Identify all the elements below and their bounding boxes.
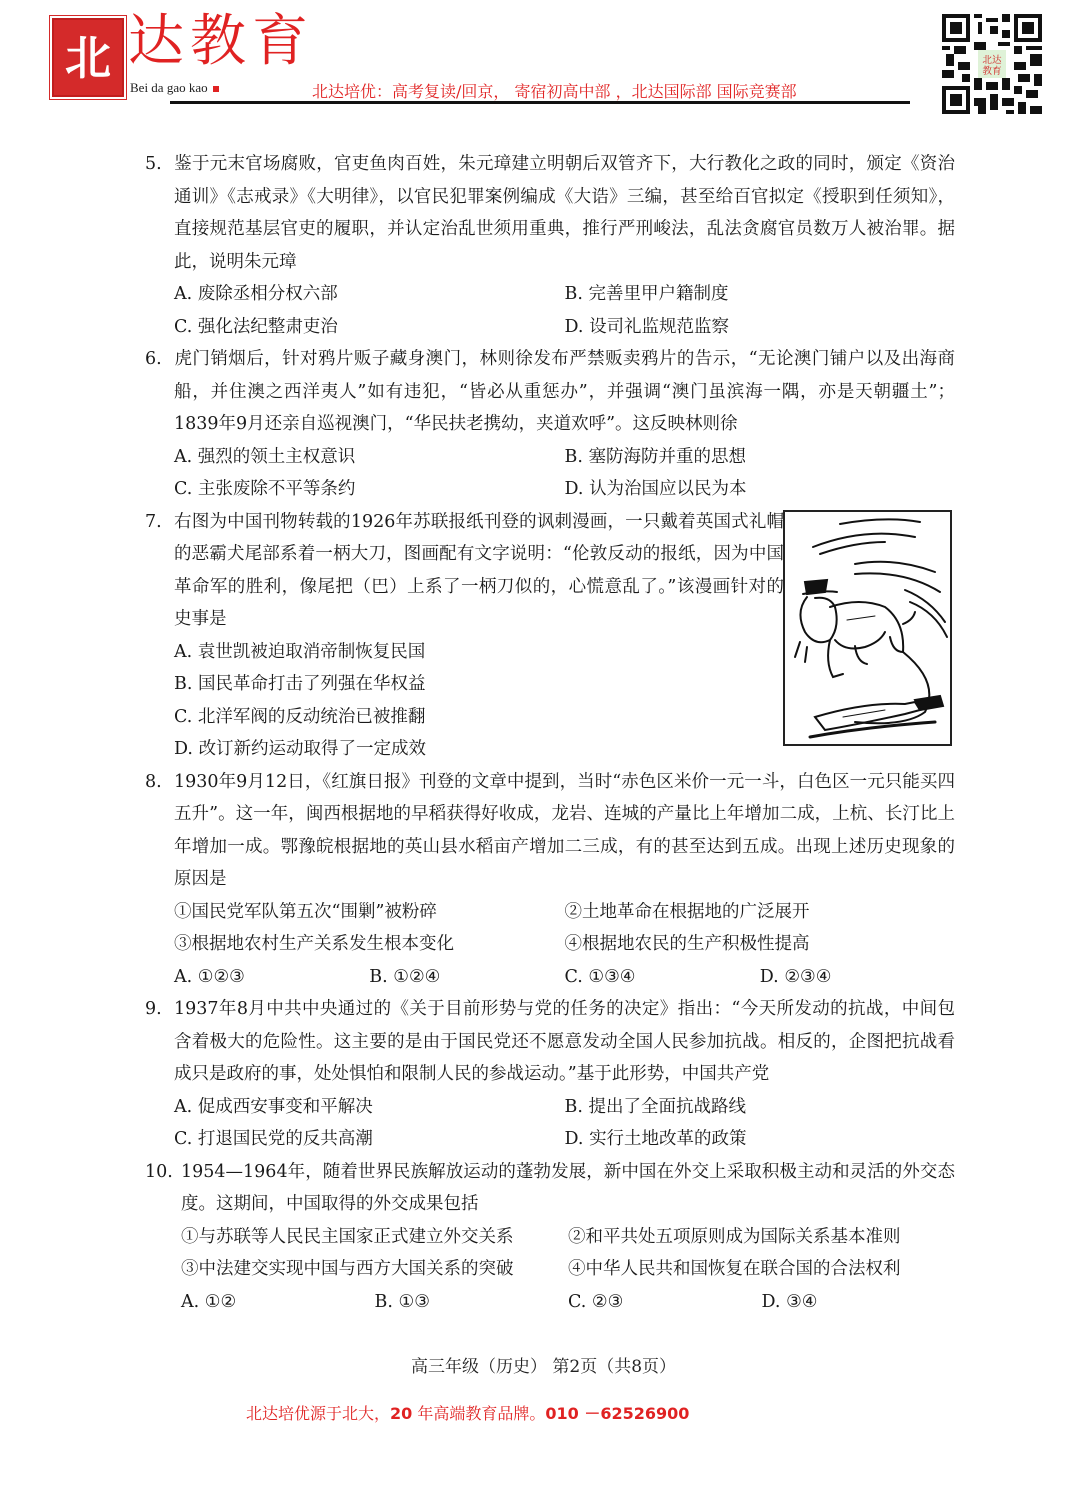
option-text: ①②④: [393, 967, 440, 987]
page-header: 北 达教育 Bei da gao kao 北达培优：高考复读/回京， 寄宿初高中…: [0, 0, 1087, 130]
question-number: 6.: [145, 343, 174, 376]
option-text: ②③④: [784, 967, 831, 987]
logo-pinyin: Bei da gao kao: [130, 80, 219, 96]
question-stem: 8.1930年9月12日，《红旗日报》刊登的文章中提到，当时“赤色区米价一元一斗…: [145, 766, 955, 896]
option-label: B.: [565, 447, 583, 467]
option-text: 强烈的领土主权意识: [198, 447, 356, 467]
page-footer-info: 高三年级（历史） 第2页（共8页）: [0, 1352, 1087, 1377]
option-label: A.: [174, 284, 192, 304]
option-text: 设司礼监规范监察: [589, 317, 729, 337]
option-d[interactable]: D. 设司礼监规范监察: [565, 311, 956, 344]
option-label: D.: [565, 1129, 584, 1149]
option-text: ①③④: [588, 967, 635, 987]
question-number: 10.: [145, 1156, 181, 1189]
option-c[interactable]: C. ②③: [568, 1286, 762, 1319]
question-text: 鉴于元末官场腐败，官吏鱼肉百姓，朱元璋建立明朝后双管齐下，大行教化之政的同时，颁…: [174, 154, 955, 272]
logo-pinyin-text: Bei da gao kao: [130, 80, 208, 95]
option-text: 完善里甲户籍制度: [589, 284, 729, 304]
question-text: 1930年9月12日，《红旗日报》刊登的文章中提到，当时“赤色区米价一元一斗，白…: [174, 772, 955, 890]
statement-4: ④中华人民共和国恢复在联合国的合法权利: [568, 1253, 955, 1286]
header-divider: [170, 101, 910, 104]
ad-phone: 010 －62526900: [545, 1404, 689, 1423]
ad-text: 年高端教育品牌。: [412, 1404, 545, 1423]
option-text: 国民革命打击了列强在华权益: [198, 674, 426, 694]
option-a[interactable]: A. 废除丞相分权六部: [174, 278, 565, 311]
option-label: A.: [174, 967, 192, 987]
statements: ①与苏联等人民民主国家正式建立外交关系 ②和平共处五项原则成为国际关系基本准则 …: [145, 1221, 955, 1319]
option-text: ①③: [399, 1292, 430, 1312]
option-b[interactable]: B. 完善里甲户籍制度: [565, 278, 956, 311]
qr-code-icon: 北达 教育: [942, 14, 1042, 114]
option-label: D.: [565, 317, 584, 337]
statement-2: ②土地革命在根据地的广泛展开: [565, 896, 956, 929]
question-stem: 10.1954—1964年，随着世界民族解放运动的蓬勃发展，新中国在外交上采取积…: [145, 1156, 955, 1221]
option-text: 提出了全面抗战路线: [589, 1097, 747, 1117]
option-label: C.: [568, 1292, 586, 1312]
option-b[interactable]: B. ①③: [375, 1286, 569, 1319]
question-stem: 5.鉴于元末官场腐败，官吏鱼肉百姓，朱元璋建立明朝后双管齐下，大行教化之政的同时…: [145, 148, 955, 278]
option-d[interactable]: D. ③④: [762, 1286, 956, 1319]
red-square-icon: [213, 86, 219, 92]
option-text: 认为治国应以民为本: [589, 479, 747, 499]
question-stem: 7.右图为中国刊物转载的1926年苏联报纸刊登的讽刺漫画，一只戴着英国式礼帽的恶…: [145, 506, 784, 636]
option-d[interactable]: D. 认为治国应以民为本: [565, 473, 956, 506]
options: A. 废除丞相分权六部 B. 完善里甲户籍制度 C. 强化法纪整肃吏治 D. 设…: [145, 278, 955, 343]
option-b[interactable]: B. 塞防海防并重的思想: [565, 441, 956, 474]
option-text: 实行土地改革的政策: [589, 1129, 747, 1149]
option-a[interactable]: A. 促成西安事变和平解决: [174, 1091, 565, 1124]
option-label: B.: [565, 284, 583, 304]
option-label: A.: [181, 1292, 199, 1312]
ad-years: 20: [390, 1404, 412, 1423]
option-b[interactable]: B. 提出了全面抗战路线: [565, 1091, 956, 1124]
option-a[interactable]: A. 强烈的领土主权意识: [174, 441, 565, 474]
question-text: 虎门销烟后，针对鸦片贩子藏身澳门，林则徐发布严禁贩卖鸦片的告示，“无论澳门铺户以…: [174, 349, 955, 434]
option-label: A.: [174, 642, 192, 662]
question-number: 9.: [145, 993, 174, 1026]
option-c[interactable]: C. 主张废除不平等条约: [174, 473, 565, 506]
option-label: C.: [174, 317, 192, 337]
option-a[interactable]: A. ①②: [181, 1286, 375, 1319]
question-stem: 9.1937年8月中共中央通过的《关于目前形势与党的任务的决定》指出：“今天所发…: [145, 993, 955, 1091]
option-text: ①②: [205, 1292, 236, 1312]
option-text: 北洋军阀的反动统治已被推翻: [198, 707, 426, 727]
option-c[interactable]: C. 强化法纪整肃吏治: [174, 311, 565, 344]
statement-1: ①与苏联等人民民主国家正式建立外交关系: [181, 1221, 568, 1254]
option-text: 强化法纪整肃吏治: [198, 317, 338, 337]
option-text: 塞防海防并重的思想: [589, 447, 747, 467]
option-label: C.: [174, 479, 192, 499]
options: A. 强烈的领土主权意识 B. 塞防海防并重的思想 C. 主张废除不平等条约 D…: [145, 441, 955, 506]
logo-mark: 北: [52, 18, 124, 97]
statements: ①国民党军队第五次“围剿”被粉碎 ②土地革命在根据地的广泛展开 ③根据地农村生产…: [145, 896, 955, 994]
statement-1: ①国民党军队第五次“围剿”被粉碎: [174, 896, 565, 929]
option-label: B.: [369, 967, 387, 987]
statement-3: ③中法建交实现中国与西方大国关系的突破: [181, 1253, 568, 1286]
option-label: D.: [762, 1292, 781, 1312]
question-text: 右图为中国刊物转载的1926年苏联报纸刊登的讽刺漫画，一只戴着英国式礼帽的恶霸犬…: [174, 512, 784, 630]
option-d[interactable]: D. 实行土地改革的政策: [565, 1123, 956, 1156]
statement-2: ②和平共处五项原则成为国际关系基本准则: [568, 1221, 955, 1254]
option-text: ①②③: [198, 967, 245, 987]
option-label: C.: [174, 707, 192, 727]
option-text: 主张废除不平等条约: [198, 479, 356, 499]
option-label: D.: [565, 479, 584, 499]
option-label: D.: [174, 739, 193, 759]
question-10: 10.1954—1964年，随着世界民族解放运动的蓬勃发展，新中国在外交上采取积…: [145, 1156, 955, 1319]
question-number: 8.: [145, 766, 174, 799]
statement-3: ③根据地农村生产关系发生根本变化: [174, 928, 565, 961]
question-number: 7.: [145, 506, 174, 539]
question-7: 7.右图为中国刊物转载的1926年苏联报纸刊登的讽刺漫画，一只戴着英国式礼帽的恶…: [145, 506, 955, 766]
option-text: ③④: [786, 1292, 817, 1312]
satirical-cartoon-image: [783, 510, 952, 746]
option-label: B.: [174, 674, 192, 694]
option-text: 打退国民党的反共高潮: [198, 1129, 373, 1149]
exam-content: 5.鉴于元末官场腐败，官吏鱼肉百姓，朱元璋建立明朝后双管齐下，大行教化之政的同时…: [145, 148, 955, 1318]
option-label: A.: [174, 447, 192, 467]
question-8: 8.1930年9月12日，《红旗日报》刊登的文章中提到，当时“赤色区米价一元一斗…: [145, 766, 955, 994]
question-stem: 6.虎门销烟后，针对鸦片贩子藏身澳门，林则徐发布严禁贩卖鸦片的告示，“无论澳门铺…: [145, 343, 955, 441]
logo-char: 北: [65, 35, 111, 81]
option-text: ②③: [592, 1292, 623, 1312]
option-text: 促成西安事变和平解决: [198, 1097, 373, 1117]
svg-text:北达: 北达: [982, 54, 1002, 66]
statement-4: ④根据地农民的生产积极性提高: [565, 928, 956, 961]
question-text: 1937年8月中共中央通过的《关于目前形势与党的任务的决定》指出：“今天所发动的…: [174, 999, 955, 1084]
question-text: 1954—1964年，随着世界民族解放运动的蓬勃发展，新中国在外交上采取积极主动…: [181, 1162, 955, 1215]
header-slogan: 北达培优：高考复读/回京， 寄宿初高中部 ，北达国际部 国际竞赛部: [312, 79, 797, 102]
ad-text: 北达培优源于北大，: [246, 1404, 390, 1423]
option-c[interactable]: C. ①③④: [565, 961, 760, 994]
option-text: 废除丞相分权六部: [198, 284, 338, 304]
question-9: 9.1937年8月中共中央通过的《关于目前形势与党的任务的决定》指出：“今天所发…: [145, 993, 955, 1156]
question-5: 5.鉴于元末官场腐败，官吏鱼肉百姓，朱元璋建立明朝后双管齐下，大行教化之政的同时…: [145, 148, 955, 343]
question-6: 6.虎门销烟后，针对鸦片贩子藏身澳门，林则徐发布严禁贩卖鸦片的告示，“无论澳门铺…: [145, 343, 955, 506]
option-text: 改订新约运动取得了一定成效: [199, 739, 427, 759]
option-c[interactable]: C. 打退国民党的反共高潮: [174, 1123, 565, 1156]
logo-text: 达教育: [128, 14, 314, 70]
option-label: B.: [375, 1292, 393, 1312]
option-b[interactable]: B. ①②④: [369, 961, 564, 994]
option-label: B.: [565, 1097, 583, 1117]
option-d[interactable]: D. ②③④: [760, 961, 955, 994]
option-label: A.: [174, 1097, 192, 1117]
option-text: 袁世凯被迫取消帝制恢复民国: [198, 642, 426, 662]
option-label: C.: [174, 1129, 192, 1149]
svg-text:教育: 教育: [982, 65, 1002, 77]
option-label: D.: [760, 967, 779, 987]
question-number: 5.: [145, 148, 174, 181]
option-a[interactable]: A. ①②③: [174, 961, 369, 994]
options: A. 促成西安事变和平解决 B. 提出了全面抗战路线 C. 打退国民党的反共高潮…: [145, 1091, 955, 1156]
option-label: C.: [565, 967, 583, 987]
footer-advertisement: 北达培优源于北大，20 年高端教育品牌。010 －62526900: [246, 1401, 689, 1424]
